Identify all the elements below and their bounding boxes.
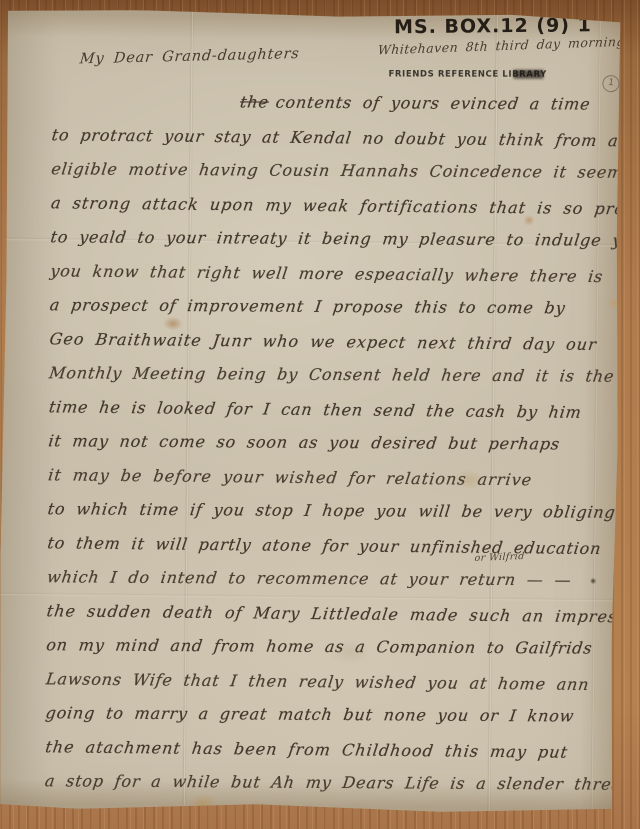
opening-text: contents of yours evinced a time — [275, 93, 592, 114]
interlinear-insertion: or Wilfrid — [474, 551, 525, 564]
letter-line: to yeald to your intreaty it being my pl… — [48, 227, 621, 264]
letter-line: going to marry a great match but none yo… — [43, 703, 616, 740]
letter-line: a prospect of improvement I propose this… — [47, 295, 620, 332]
pencil-page-number: 1 — [601, 74, 620, 93]
letter-page: MS. BOX.12 (9) 1 Whitehaven 8th third da… — [0, 9, 622, 815]
photo-of-letter-on-wood: { "archival": { "box_mark": "MS. BOX.12 … — [0, 0, 640, 829]
letter-body: thecontents of yours evinced a time to p… — [42, 91, 617, 811]
letter-line: on my mind and from home as a Companion … — [43, 635, 616, 672]
letter-line: to which time if you stop I hope you wil… — [45, 499, 618, 536]
stamp-smudge — [514, 70, 544, 79]
letter-line: it may not come so soon as you desired b… — [45, 431, 618, 468]
letter-line: which I do intend to recommence at your … — [44, 567, 617, 604]
letter-line: eligible motive having Cousin Hannahs Co… — [48, 159, 621, 196]
library-stamp: FRIENDS REFERENCE LIBRARY — [389, 69, 544, 79]
letter-line-opening: thecontents of yours evinced a time — [49, 91, 622, 128]
struck-word: the — [239, 92, 270, 111]
letter-salutation: My Dear Grand-daughters — [79, 46, 300, 67]
letter-line: a stop for a while but Ah my Dears Life … — [42, 771, 615, 808]
letter-line: Monthly Meeting being by Consent held he… — [46, 363, 619, 400]
